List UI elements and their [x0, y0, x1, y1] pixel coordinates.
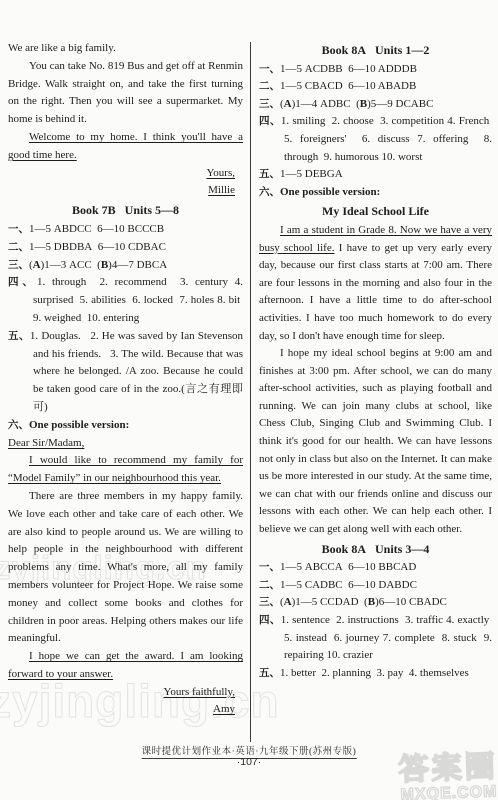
text-segment: We are like a big family.: [8, 42, 116, 54]
text-segment: One possible version:: [280, 186, 380, 198]
text-segment: 1—5 ABCCA 6—10 BBCAD: [280, 561, 416, 573]
answer-marker: 二、: [8, 241, 29, 253]
mxqe-logo: 答案圈 MXQE.COM: [398, 752, 498, 800]
section-heading: Book 8A Units 1—2: [259, 42, 492, 60]
text-segment: 1—5 CBACD 6—10 ABADB: [280, 80, 416, 92]
paragraph: Welcome to my home. I think you'll have …: [8, 129, 243, 165]
answer-marker: 四、: [259, 115, 281, 127]
signature-line: Millie: [8, 182, 243, 200]
answer-marker: 五、: [259, 168, 280, 180]
text-segment: 1—5 DEBGA: [280, 168, 343, 180]
text-segment: B: [368, 596, 375, 608]
text-segment: 1—5 ACDBB 6—10 ADDDB: [280, 63, 417, 75]
signature-line: Amy: [8, 701, 243, 719]
paragraph: You can take No. 819 Bus and get off at …: [8, 58, 243, 129]
answer-marker: 一、: [259, 561, 280, 573]
paragraph: I am a student in Grade 8. Now we have a…: [259, 222, 492, 345]
answer-line: 五、1. Douglas. 2. He was saved by Ian Ste…: [8, 328, 243, 417]
paragraph: I hope we can get the award. I am lookin…: [8, 648, 243, 684]
text-segment: I have to get up very early every day, b…: [259, 242, 492, 342]
paragraph: Dear Sir/Madam,: [8, 435, 243, 453]
text-segment: 1. Douglas. 2. He was saved by Ian Steve…: [30, 330, 243, 413]
text-segment: )5—9 DCABC: [367, 98, 433, 110]
underlined-text: Yours,: [206, 167, 235, 179]
text-segment: My Ideal School Life: [322, 204, 429, 218]
underlined-text: Millie: [208, 184, 235, 196]
paragraph: There are three members in my happy fami…: [8, 488, 243, 648]
scanned-answer-page: zyjingling.cn zyjingling.cn We are like …: [0, 0, 498, 800]
text-segment: A: [284, 98, 292, 110]
column-divider-rule: [250, 42, 251, 742]
text-segment: 1. smiling 2. choose 3. competition 4. F…: [281, 115, 492, 162]
answer-line: 三、(A)1—3 ACC (B)4—7 DBCA: [8, 257, 243, 275]
answer-marker: 三、: [259, 98, 280, 110]
answer-line: 二、1—5 CADBC 6—10 DABDC: [259, 577, 492, 595]
answer-line: 二、1—5 CBACD 6—10 ABADB: [259, 78, 492, 96]
text-segment: A: [284, 596, 292, 608]
text-segment: 1—5 ABDCC 6—10 BCCCB: [29, 223, 164, 235]
right-column: Book 8A Units 1—2一、1—5 ACDBB 6—10 ADDDB二…: [250, 40, 498, 719]
section-heading: Book 7B Units 5—8: [8, 202, 243, 220]
text-segment: You can take No. 819 Bus and get off at …: [8, 60, 243, 125]
text-segment: 1. sentence 2. instructions 3. traffic 4…: [281, 614, 492, 661]
answer-marker: 四、: [259, 614, 281, 626]
text-segment: )4—7 DBCA: [108, 259, 167, 271]
text-segment: There are three members in my happy fami…: [8, 490, 243, 644]
text-segment: I hope my ideal school begins at 9:00 am…: [259, 347, 492, 535]
answer-marker: 五、: [259, 667, 280, 679]
underlined-text: I would like to recommend my family for …: [8, 454, 243, 484]
text-segment: 1. through 2. recommend 3. century 4. su…: [33, 276, 243, 324]
answer-marker: 三、: [259, 596, 280, 608]
answer-line: 四、1. through 2. recommend 3. century 4. …: [8, 274, 243, 327]
text-segment: Book 8A Units 3—4: [322, 542, 430, 556]
answer-line: 三、(A)1—4 ADBC (B)5—9 DCABC: [259, 96, 492, 114]
signature-line: Yours faithfully,: [8, 684, 243, 702]
answer-line: 六、One possible version:: [259, 184, 492, 202]
text-segment: )6—10 CBADC: [375, 596, 447, 608]
underlined-text: Amy: [213, 703, 235, 715]
answer-marker: 一、: [8, 223, 29, 235]
text-segment: )1—5 CCDAD (: [292, 596, 368, 608]
answer-marker: 三、: [8, 259, 29, 271]
left-column: We are like a big family.You can take No…: [0, 40, 250, 719]
text-segment: 1—5 DBDBA 6—10 CDBAC: [29, 241, 166, 253]
answer-line: 一、1—5 ABCCA 6—10 BBCAD: [259, 559, 492, 577]
text-segment: A: [33, 259, 41, 271]
answer-line: 三、(A)1—5 CCDAD (B)6—10 CBADC: [259, 594, 492, 612]
answer-line: 四、1. smiling 2. choose 3. competition 4.…: [259, 113, 492, 166]
paragraph: I would like to recommend my family for …: [8, 452, 243, 488]
answer-line: 五、1. better 2. planning 3. pay 4. themse…: [259, 665, 492, 683]
underlined-text: Welcome to my home. I think you'll have …: [8, 131, 243, 161]
underlined-text: I hope we can get the award. I am lookin…: [8, 650, 243, 680]
text-segment: 1. better 2. planning 3. pay 4. themselv…: [280, 667, 469, 679]
logo-main-text: 答案圈: [398, 752, 498, 785]
text-segment: One possible version:: [29, 419, 129, 431]
answer-marker: 六、: [259, 186, 280, 198]
section-heading: Book 8A Units 3—4: [259, 541, 492, 559]
answer-line: 二、1—5 DBDBA 6—10 CDBAC: [8, 239, 243, 257]
answer-marker: 二、: [259, 579, 280, 591]
paragraph: We are like a big family.: [8, 40, 243, 58]
answer-line: 一、1—5 ABDCC 6—10 BCCCB: [8, 221, 243, 239]
text-segment: Book 7B Units 5—8: [72, 203, 179, 217]
logo-sub-text: MXQE.COM: [399, 784, 498, 800]
answer-marker: 四、: [8, 276, 37, 288]
text-segment: B: [360, 98, 367, 110]
section-heading: My Ideal School Life: [259, 203, 492, 221]
two-column-layout: We are like a big family.You can take No…: [0, 40, 498, 719]
text-segment: )1—3 ACC (: [41, 259, 101, 271]
underlined-text: Yours faithfully,: [163, 686, 235, 698]
answer-marker: 五、: [8, 330, 30, 342]
answer-line: 一、1—5 ACDBB 6—10 ADDDB: [259, 61, 492, 79]
answer-marker: 二、: [259, 80, 280, 92]
answer-line: 五、1—5 DEBGA: [259, 166, 492, 184]
paragraph: I hope my ideal school begins at 9:00 am…: [259, 345, 492, 539]
answer-marker: 六、: [8, 419, 29, 431]
text-segment: )1—4 ADBC (: [292, 98, 360, 110]
answer-marker: 一、: [259, 63, 280, 75]
signature-line: Yours,: [8, 165, 243, 183]
text-segment: 1—5 CADBC 6—10 DABDC: [280, 579, 417, 591]
text-segment: Book 8A Units 1—2: [322, 43, 430, 57]
underlined-text: Dear Sir/Madam,: [8, 437, 84, 449]
answer-line: 六、One possible version:: [8, 417, 243, 435]
answer-line: 四、1. sentence 2. instructions 3. traffic…: [259, 612, 492, 665]
